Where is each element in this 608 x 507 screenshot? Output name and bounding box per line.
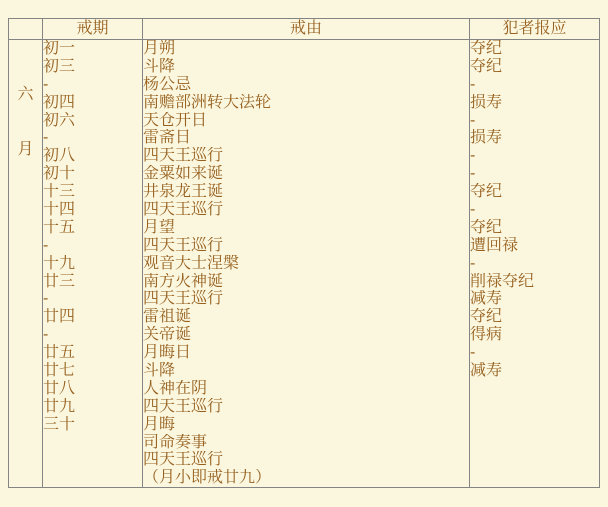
day-line: 廿七	[43, 362, 142, 380]
retribution-line: 损寿	[470, 94, 599, 112]
retribution-line: -	[470, 344, 599, 362]
day-line: 十四	[43, 201, 142, 219]
reason-line: 观音大士涅槃	[143, 255, 469, 273]
reason-line: 四天王巡行	[143, 201, 469, 219]
reason-line: 月望	[143, 219, 469, 237]
day-line: 初六	[43, 112, 142, 130]
day-line: 廿三	[43, 273, 142, 291]
days-column: 初一初三-初四初六-初八初十十三十四十五-十九廿三-廿四-廿五廿七廿八廿九三十	[43, 40, 143, 488]
reason-line: 人神在阴	[143, 380, 469, 398]
day-line: 十五	[43, 219, 142, 237]
reason-line: （月小即戒廿九）	[143, 469, 469, 487]
retribution-line	[470, 416, 599, 434]
retribution-line: -	[470, 147, 599, 165]
reason-line: 南方火神诞	[143, 273, 469, 291]
day-line: 初十	[43, 165, 142, 183]
precept-table: 戒期 戒由 犯者报应 六 月 初一初三-初四初六-初八初十十三十四十五-十九廿三…	[8, 18, 600, 488]
reason-line: 月晦日	[143, 344, 469, 362]
day-line: -	[43, 129, 142, 147]
header-month-cell	[9, 19, 43, 40]
month-char-top: 六	[9, 86, 42, 104]
day-line: -	[43, 290, 142, 308]
day-line: 廿九	[43, 398, 142, 416]
retribution-line: -	[470, 255, 599, 273]
header-violator-retribution: 犯者报应	[470, 19, 600, 40]
retribution-line: -	[470, 76, 599, 94]
header-row: 戒期 戒由 犯者报应	[9, 19, 600, 40]
reason-line: 四天王巡行	[143, 237, 469, 255]
day-line	[43, 434, 142, 452]
reason-line: 关帝诞	[143, 326, 469, 344]
month-char-bottom: 月	[9, 141, 42, 159]
reason-line: 斗降	[143, 58, 469, 76]
retribution-line: 得病	[470, 326, 599, 344]
reason-line: 金粟如来诞	[143, 165, 469, 183]
day-line: 十九	[43, 255, 142, 273]
day-line: -	[43, 76, 142, 94]
retribution-line: 夺纪	[470, 40, 599, 58]
reason-line: 天仓开日	[143, 112, 469, 130]
day-line	[43, 469, 142, 487]
retribution-line: 夺纪	[470, 219, 599, 237]
retribution-line	[470, 434, 599, 452]
retributions-column: 夺纪夺纪-损寿-损寿--夺纪-夺纪遭回禄-削禄夺纪减寿夺纪得病-减寿	[470, 40, 600, 488]
day-line: 廿四	[43, 308, 142, 326]
reason-line: 雷祖诞	[143, 308, 469, 326]
reason-line: 四天王巡行	[143, 451, 469, 469]
reason-line: 月晦	[143, 416, 469, 434]
retribution-line: 遭回禄	[470, 237, 599, 255]
day-line: 十三	[43, 183, 142, 201]
retribution-line	[470, 380, 599, 398]
page: 戒期 戒由 犯者报应 六 月 初一初三-初四初六-初八初十十三十四十五-十九廿三…	[0, 0, 608, 507]
retribution-line: -	[470, 112, 599, 130]
header-precept-period: 戒期	[43, 19, 143, 40]
reason-line: 雷斋日	[143, 129, 469, 147]
reasons-column: 月朔斗降杨公忌南赡部洲转大法轮天仓开日雷斋日四天王巡行金粟如来诞井泉龙王诞四天王…	[143, 40, 470, 488]
reason-line: 月朔	[143, 40, 469, 58]
day-line: 初四	[43, 94, 142, 112]
retribution-line: 减寿	[470, 362, 599, 380]
day-line: -	[43, 326, 142, 344]
day-line: 廿五	[43, 344, 142, 362]
day-line: 初三	[43, 58, 142, 76]
day-line: 廿八	[43, 380, 142, 398]
day-line: 三十	[43, 416, 142, 434]
retribution-line: 减寿	[470, 290, 599, 308]
retribution-line: -	[470, 165, 599, 183]
body-row: 六 月 初一初三-初四初六-初八初十十三十四十五-十九廿三-廿四-廿五廿七廿八廿…	[9, 40, 600, 488]
reason-line: 司命奏事	[143, 434, 469, 452]
reason-line: 南赡部洲转大法轮	[143, 94, 469, 112]
reason-line: 四天王巡行	[143, 398, 469, 416]
month-cell: 六 月	[9, 40, 43, 488]
day-line: 初一	[43, 40, 142, 58]
retribution-line: 损寿	[470, 129, 599, 147]
retribution-line	[470, 398, 599, 416]
reason-line: 井泉龙王诞	[143, 183, 469, 201]
retribution-line: 夺纪	[470, 183, 599, 201]
reason-line: 斗降	[143, 362, 469, 380]
day-line	[43, 451, 142, 469]
retribution-line: 夺纪	[470, 308, 599, 326]
reason-line: 杨公忌	[143, 76, 469, 94]
retribution-line: -	[470, 201, 599, 219]
header-precept-reason: 戒由	[143, 19, 470, 40]
day-line: -	[43, 237, 142, 255]
reason-line: 四天王巡行	[143, 147, 469, 165]
retribution-line: 夺纪	[470, 58, 599, 76]
retribution-line	[470, 469, 599, 487]
reason-line: 四天王巡行	[143, 290, 469, 308]
retribution-line: 削禄夺纪	[470, 273, 599, 291]
retribution-line	[470, 451, 599, 469]
day-line: 初八	[43, 147, 142, 165]
